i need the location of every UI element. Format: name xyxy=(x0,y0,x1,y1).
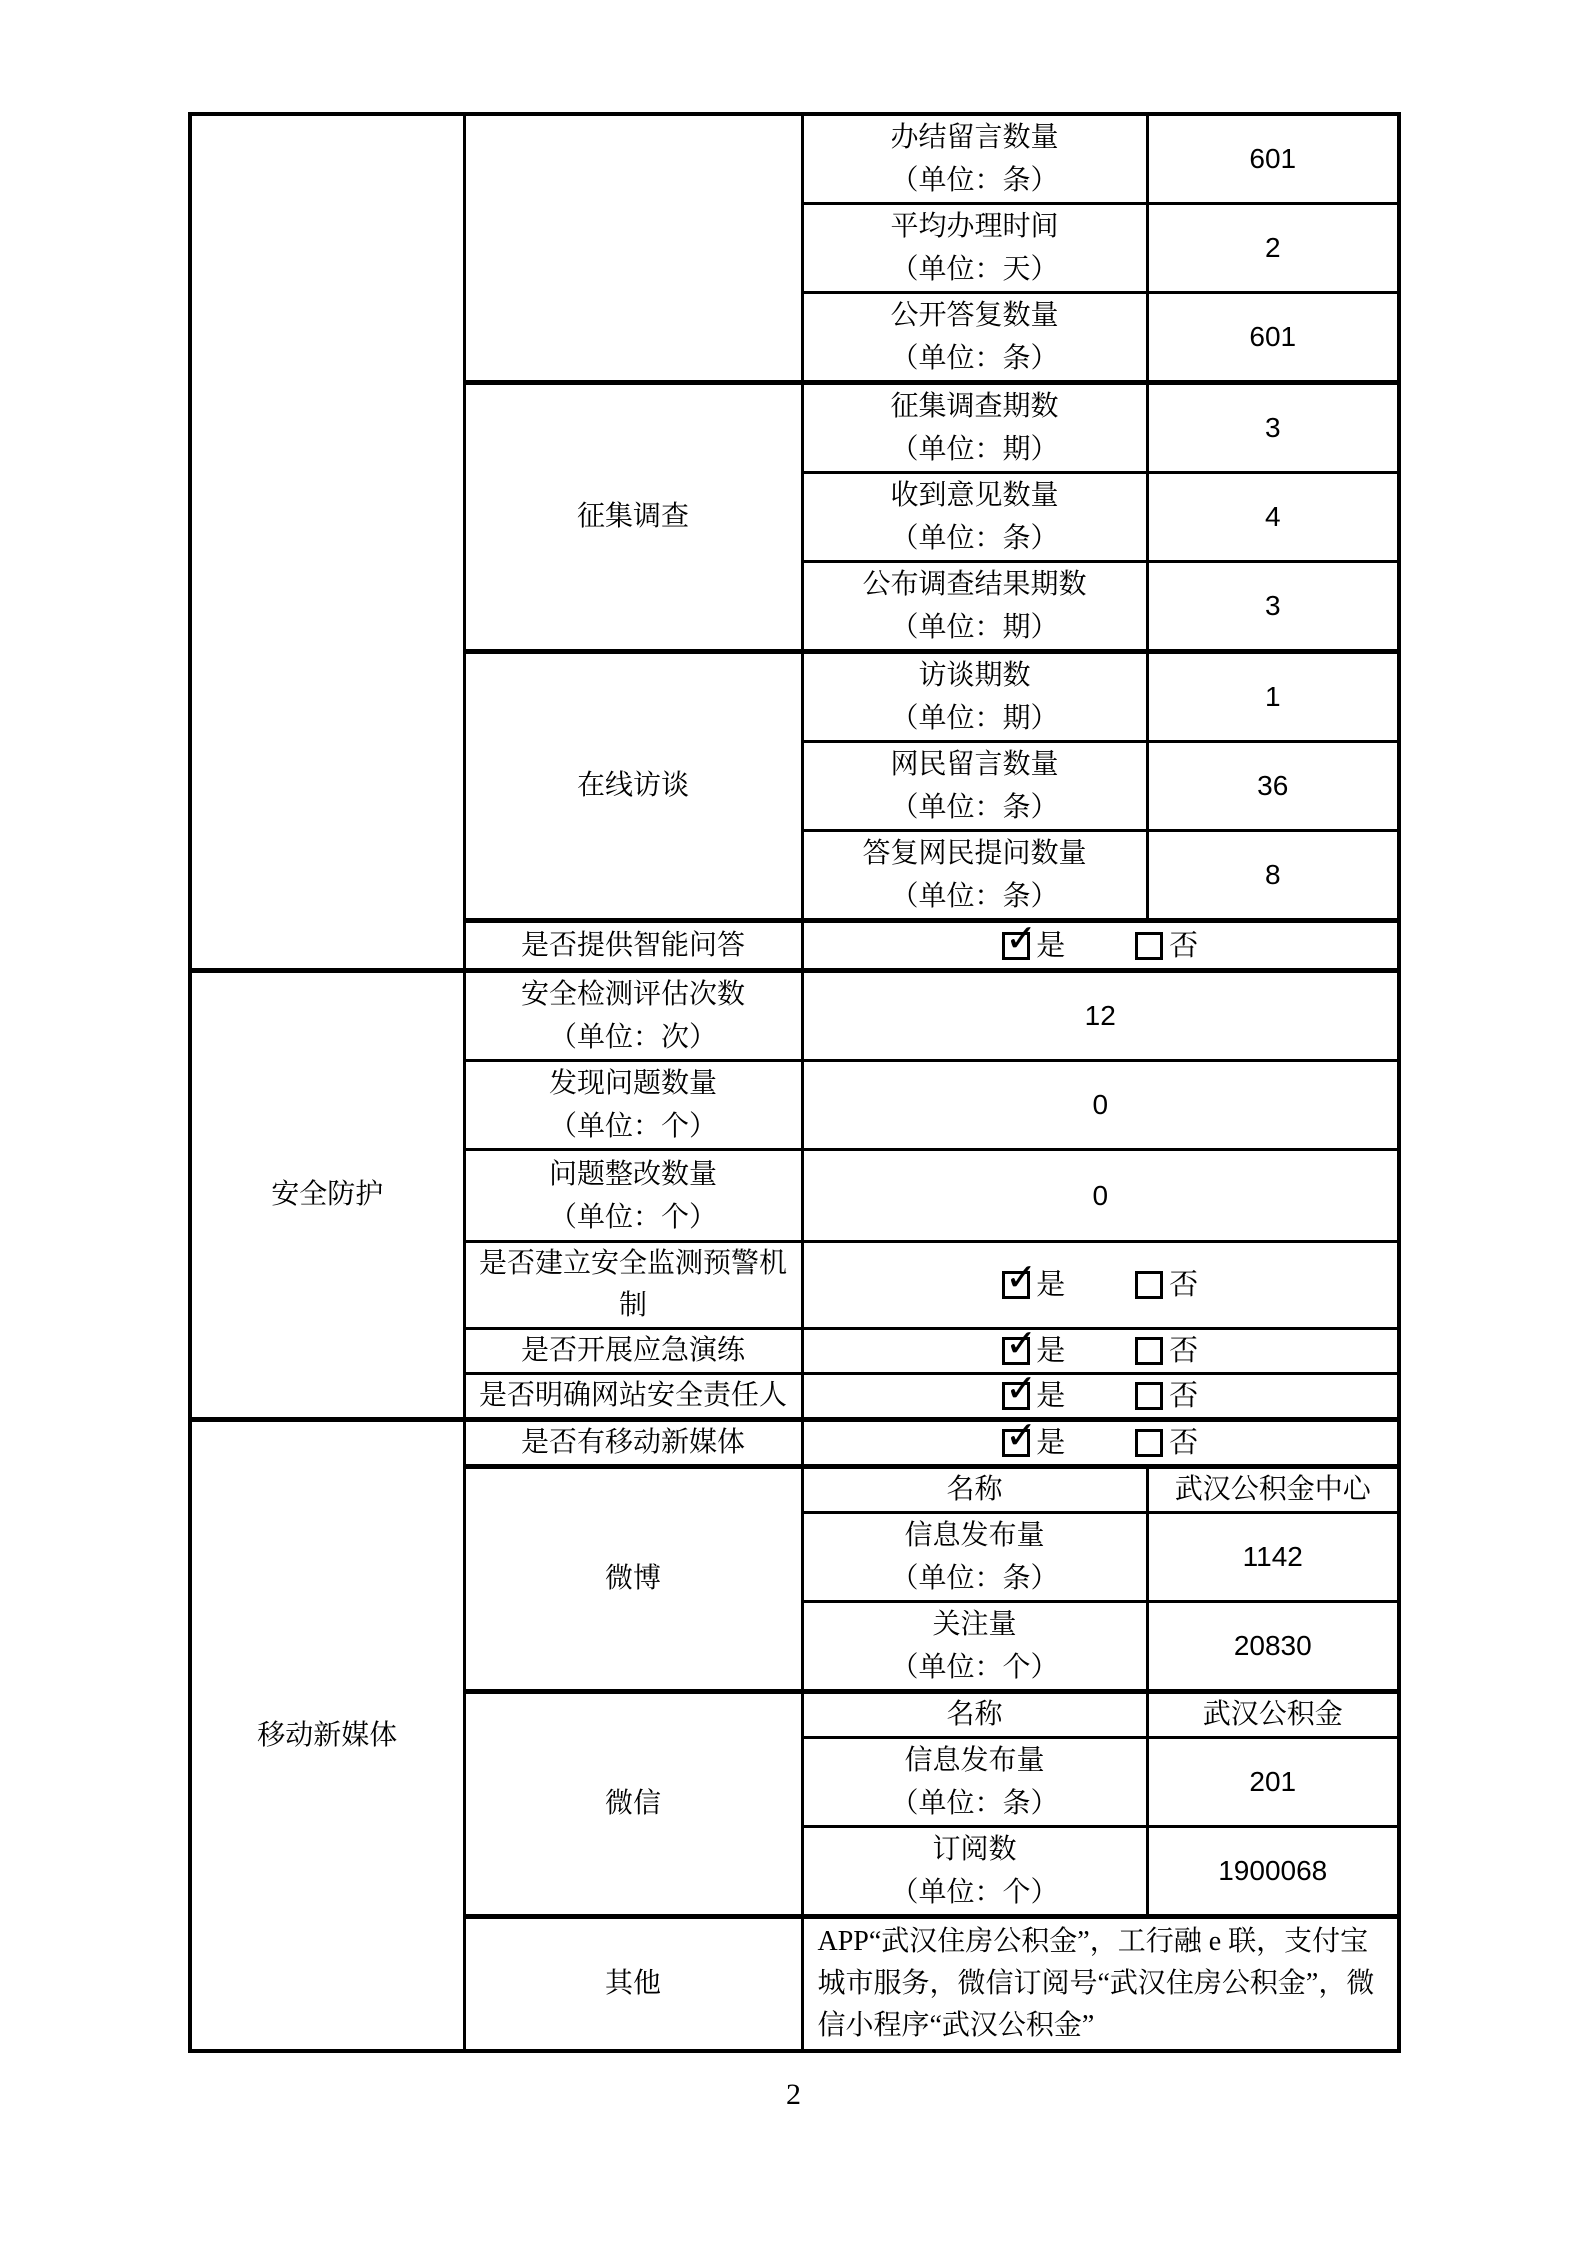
metric-value-cell: 601 xyxy=(1147,114,1399,204)
metric-value-cell: 3 xyxy=(1147,383,1399,473)
metric-unit: （单位：条） xyxy=(804,1782,1146,1825)
metric-unit: （单位：条） xyxy=(804,875,1146,918)
yes-no-answer-cell: ✓ 是 否 xyxy=(802,1329,1399,1374)
metric-label: 公开答复数量 xyxy=(804,294,1146,337)
metric-value-cell: 20830 xyxy=(1147,1602,1399,1692)
yes-no-group: ✓ 是 否 xyxy=(804,1375,1398,1417)
metric-unit: （单位：个） xyxy=(466,1105,801,1148)
table-row: 办结留言数量 （单位：条） 601 xyxy=(190,114,1399,204)
check-icon: ✓ xyxy=(1005,1329,1037,1363)
no-checkbox-icon xyxy=(1135,1271,1163,1299)
metric-label-cell: 公布调查结果期数 （单位：期） xyxy=(802,562,1147,652)
metric-value-cell: 0 xyxy=(802,1061,1399,1150)
metric-value-cell: 201 xyxy=(1147,1738,1399,1827)
metric-value-cell: 4 xyxy=(1147,473,1399,562)
question-label-cell: 是否建立安全监测预警机制 xyxy=(464,1242,802,1329)
question-label-cell: 是否明确网站安全责任人 xyxy=(464,1374,802,1420)
metric-unit: （单位：条） xyxy=(804,517,1146,560)
metric-label-cell: 网民留言数量 （单位：条） xyxy=(802,742,1147,831)
question-label-cell: 是否有移动新媒体 xyxy=(464,1420,802,1467)
metric-label-cell: 办结留言数量 （单位：条） xyxy=(802,114,1147,204)
other-media-value-cell: APP“武汉住房公积金”，工行融 e 联，支付宝城市服务，微信订阅号“武汉住房公… xyxy=(802,1917,1399,2052)
check-icon: ✓ xyxy=(1005,1374,1037,1408)
metric-unit: （单位：个） xyxy=(466,1196,801,1239)
metric-value-cell: 1 xyxy=(1147,652,1399,742)
yes-option: ✓ 是 xyxy=(1002,1422,1065,1464)
metric-label-cell: 名称 xyxy=(802,1692,1147,1738)
group-header-cell: 其他 xyxy=(464,1917,802,2052)
no-label: 否 xyxy=(1169,1330,1198,1372)
metric-label-cell: 关注量 （单位：个） xyxy=(802,1602,1147,1692)
group-header-cell: 微博 xyxy=(464,1467,802,1692)
yes-option: ✓ 是 xyxy=(1002,925,1065,967)
report-table: 办结留言数量 （单位：条） 601 平均办理时间 （单位：天） 2 公开答复数量… xyxy=(188,112,1401,2053)
metric-label-cell: 平均办理时间 （单位：天） xyxy=(802,204,1147,293)
page-number: 2 xyxy=(0,2078,1587,2112)
metric-unit: （单位：期） xyxy=(804,428,1146,471)
yes-checkbox-icon: ✓ xyxy=(1002,932,1030,960)
no-option: 否 xyxy=(1135,1330,1198,1372)
metric-label-cell: 安全检测评估次数 （单位：次） xyxy=(464,971,802,1061)
section-header-cell: 移动新媒体 xyxy=(190,1420,464,2052)
yes-checkbox-icon: ✓ xyxy=(1002,1271,1030,1299)
check-icon: ✓ xyxy=(1005,921,1037,957)
yes-label: 是 xyxy=(1036,1264,1065,1306)
metric-label: 信息发布量 xyxy=(804,1739,1146,1782)
no-label: 否 xyxy=(1169,1375,1198,1417)
metric-label: 征集调查期数 xyxy=(804,385,1146,428)
no-option: 否 xyxy=(1135,1422,1198,1464)
metric-label: 问题整改数量 xyxy=(466,1153,801,1196)
no-checkbox-icon xyxy=(1135,1337,1163,1365)
metric-label-cell: 发现问题数量 （单位：个） xyxy=(464,1061,802,1150)
metric-label: 网民留言数量 xyxy=(804,743,1146,786)
metric-unit: （单位：天） xyxy=(804,248,1146,291)
no-checkbox-icon xyxy=(1135,1382,1163,1410)
no-label: 否 xyxy=(1169,925,1198,967)
metric-label: 办结留言数量 xyxy=(804,116,1146,159)
metric-label: 安全检测评估次数 xyxy=(466,973,801,1016)
yes-checkbox-icon: ✓ xyxy=(1002,1429,1030,1457)
yes-option: ✓ 是 xyxy=(1002,1330,1065,1372)
metric-label-cell: 征集调查期数 （单位：期） xyxy=(802,383,1147,473)
yes-no-group: ✓ 是 否 xyxy=(804,1330,1398,1372)
metric-label-cell: 访谈期数 （单位：期） xyxy=(802,652,1147,742)
metric-unit: （单位：期） xyxy=(804,606,1146,649)
metric-label-cell: 信息发布量 （单位：条） xyxy=(802,1513,1147,1602)
no-checkbox-icon xyxy=(1135,1429,1163,1457)
question-label-cell: 是否开展应急演练 xyxy=(464,1329,802,1374)
metric-label: 关注量 xyxy=(804,1603,1146,1646)
metric-label-cell: 订阅数 （单位：个） xyxy=(802,1827,1147,1917)
metric-value-cell: 武汉公积金中心 xyxy=(1147,1467,1399,1513)
check-icon: ✓ xyxy=(1005,1258,1037,1296)
yes-no-answer-cell: ✓ 是 否 xyxy=(802,1374,1399,1420)
table-row: 移动新媒体 是否有移动新媒体 ✓ 是 否 xyxy=(190,1420,1399,1467)
metric-value-cell: 36 xyxy=(1147,742,1399,831)
group-header-cell: 征集调查 xyxy=(464,383,802,652)
metric-label: 收到意见数量 xyxy=(804,474,1146,517)
yes-no-group: ✓ 是 否 xyxy=(804,1422,1398,1464)
yes-label: 是 xyxy=(1036,1375,1065,1417)
yes-label: 是 xyxy=(1036,1330,1065,1372)
metric-value-cell: 12 xyxy=(802,971,1399,1061)
metric-value-cell: 8 xyxy=(1147,831,1399,921)
question-label-cell: 是否提供智能问答 xyxy=(464,921,802,971)
metric-unit: （单位：个） xyxy=(804,1871,1146,1914)
metric-value-cell: 武汉公积金 xyxy=(1147,1692,1399,1738)
other-media-text: APP“武汉住房公积金”，工行融 e 联，支付宝城市服务，微信订阅号“武汉住房公… xyxy=(804,1919,1398,2049)
metric-value-cell: 0 xyxy=(802,1150,1399,1242)
yes-label: 是 xyxy=(1036,925,1065,967)
yes-label: 是 xyxy=(1036,1422,1065,1464)
section-header-cell: 安全防护 xyxy=(190,971,464,1420)
metric-unit: （单位：条） xyxy=(804,159,1146,202)
group-header-cell: 微信 xyxy=(464,1692,802,1917)
metric-value-cell: 1900068 xyxy=(1147,1827,1399,1917)
metric-label-cell: 答复网民提问数量 （单位：条） xyxy=(802,831,1147,921)
metric-label: 公布调查结果期数 xyxy=(804,563,1146,606)
metric-label: 发现问题数量 xyxy=(466,1062,801,1105)
yes-no-answer-cell: ✓ 是 否 xyxy=(802,1420,1399,1467)
no-option: 否 xyxy=(1135,1264,1198,1306)
table-row: 安全防护 安全检测评估次数 （单位：次） 12 xyxy=(190,971,1399,1061)
metric-label: 订阅数 xyxy=(804,1828,1146,1871)
metric-unit: （单位：次） xyxy=(466,1016,801,1059)
no-option: 否 xyxy=(1135,925,1198,967)
yes-option: ✓ 是 xyxy=(1002,1375,1065,1417)
yes-checkbox-icon: ✓ xyxy=(1002,1382,1030,1410)
no-label: 否 xyxy=(1169,1264,1198,1306)
metric-label: 答复网民提问数量 xyxy=(804,832,1146,875)
metric-label: 访谈期数 xyxy=(804,654,1146,697)
metric-label-cell: 名称 xyxy=(802,1467,1147,1513)
no-checkbox-icon xyxy=(1135,932,1163,960)
metric-value-cell: 3 xyxy=(1147,562,1399,652)
yes-no-group: ✓ 是 否 xyxy=(804,1264,1398,1306)
metric-unit: （单位：条） xyxy=(804,1557,1146,1600)
metric-unit: （单位：期） xyxy=(804,697,1146,740)
no-option: 否 xyxy=(1135,1375,1198,1417)
group-header-cell: 在线访谈 xyxy=(464,652,802,921)
yes-checkbox-icon: ✓ xyxy=(1002,1337,1030,1365)
empty-group-cell xyxy=(464,114,802,383)
check-icon: ✓ xyxy=(1005,1420,1037,1455)
metric-label-cell: 公开答复数量 （单位：条） xyxy=(802,293,1147,383)
metric-unit: （单位：条） xyxy=(804,337,1146,380)
metric-value-cell: 601 xyxy=(1147,293,1399,383)
metric-unit: （单位：条） xyxy=(804,786,1146,829)
metric-value-cell: 2 xyxy=(1147,204,1399,293)
metric-label-cell: 信息发布量 （单位：条） xyxy=(802,1738,1147,1827)
yes-no-group: ✓ 是 否 xyxy=(804,925,1398,967)
yes-no-answer-cell: ✓ 是 否 xyxy=(802,1242,1399,1329)
metric-unit: （单位：个） xyxy=(804,1646,1146,1689)
metric-value-cell: 1142 xyxy=(1147,1513,1399,1602)
metric-label-cell: 问题整改数量 （单位：个） xyxy=(464,1150,802,1242)
document-page: 办结留言数量 （单位：条） 601 平均办理时间 （单位：天） 2 公开答复数量… xyxy=(0,0,1587,2245)
metric-label: 信息发布量 xyxy=(804,1514,1146,1557)
metric-label: 平均办理时间 xyxy=(804,205,1146,248)
yes-option: ✓ 是 xyxy=(1002,1264,1065,1306)
empty-section-cell xyxy=(190,114,464,971)
no-label: 否 xyxy=(1169,1422,1198,1464)
yes-no-answer-cell: ✓ 是 否 xyxy=(802,921,1399,971)
metric-label-cell: 收到意见数量 （单位：条） xyxy=(802,473,1147,562)
